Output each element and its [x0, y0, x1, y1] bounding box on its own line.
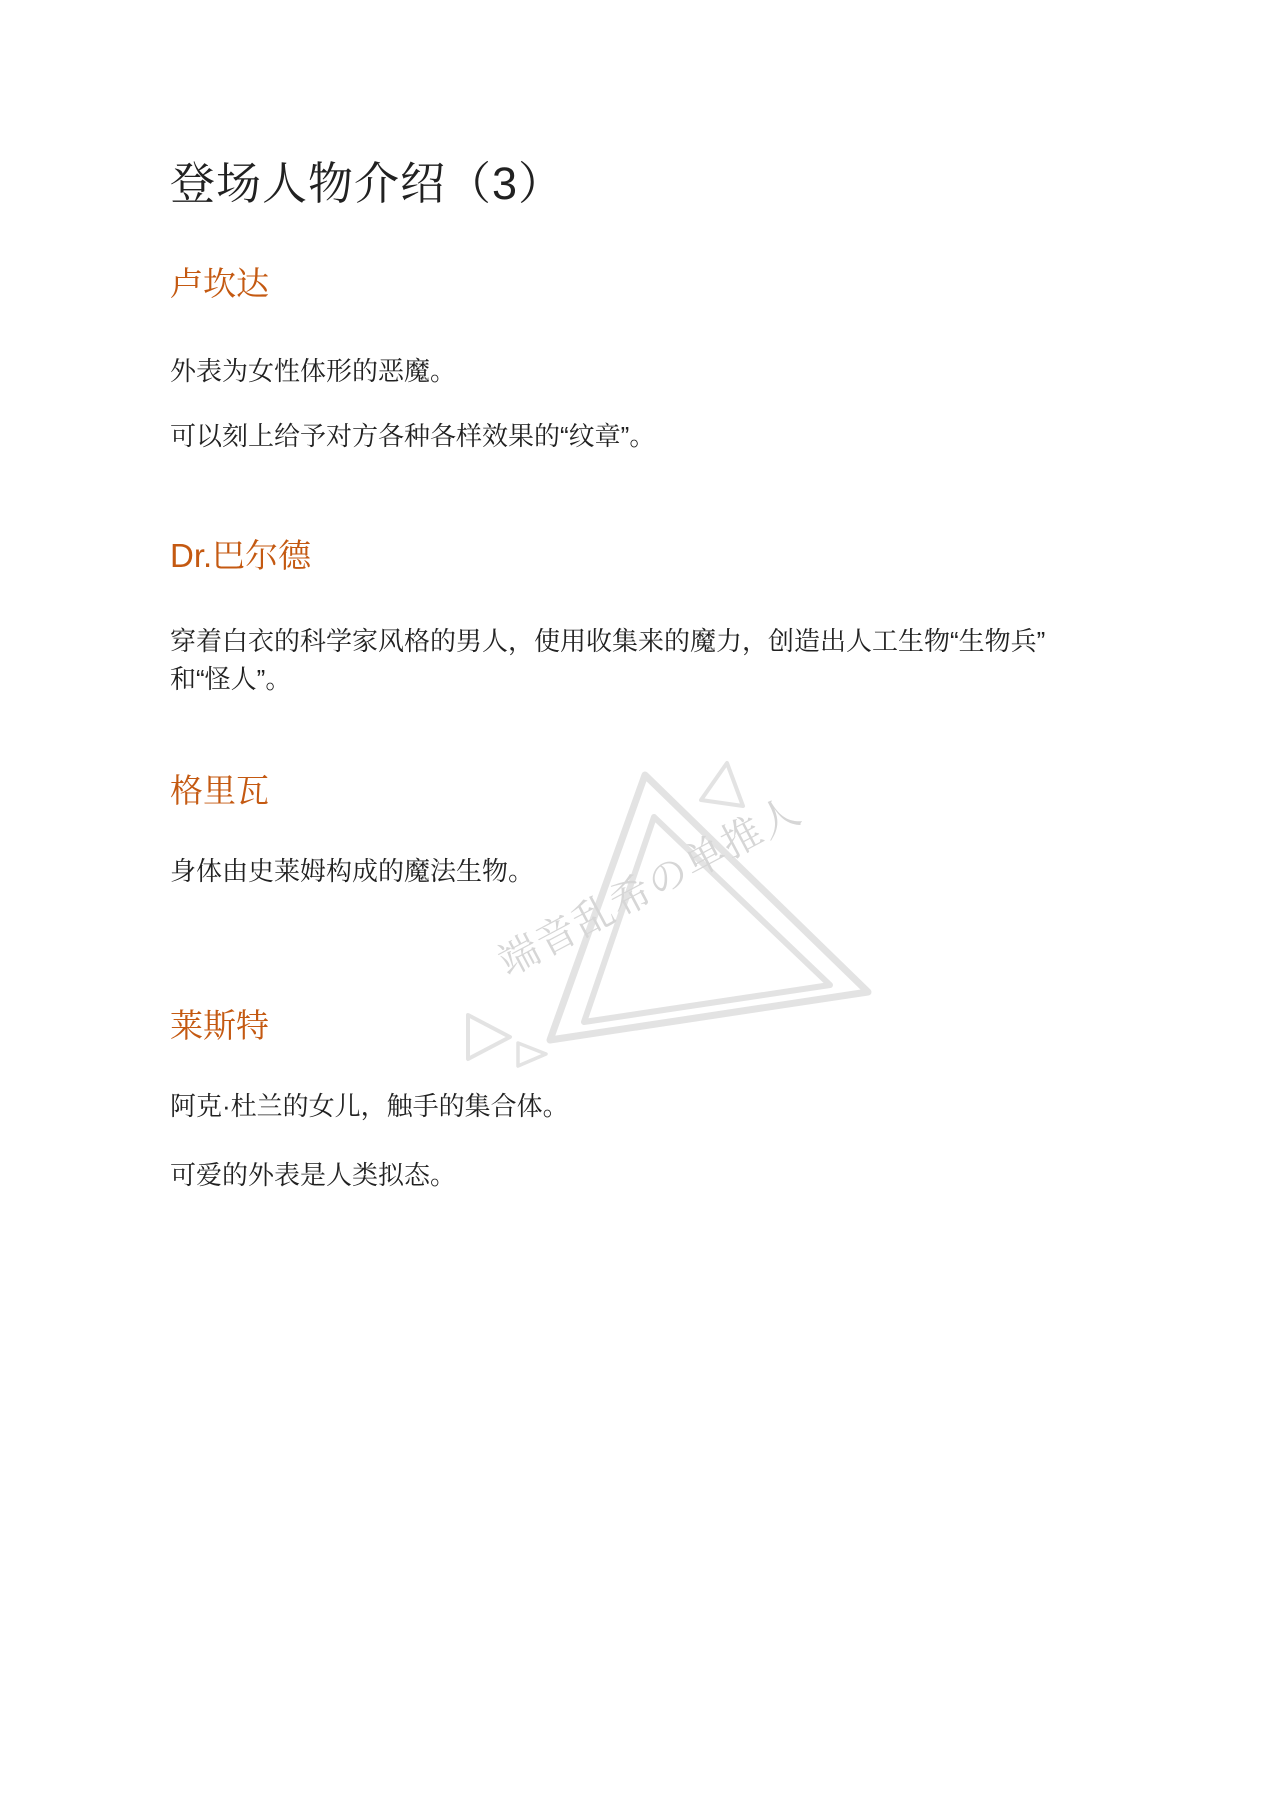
section-paragraph: 穿着白衣的科学家风格的男人，使用收集来的魔力，创造出人工生物“生物兵” 和“怪人… [170, 622, 1115, 698]
section-paragraph: 外表为女性体形的恶魔。 [170, 352, 1115, 390]
section-heading-laisite: 莱斯特 [170, 1005, 269, 1047]
watermark-large-triangle-icon [550, 775, 868, 1040]
watermark-small-triangle-icon [468, 1015, 510, 1059]
watermark-small-triangle-icon [701, 763, 743, 806]
section-paragraph: 可爱的外表是人类拟态。 [170, 1156, 1115, 1194]
watermark-small-triangle-icon [518, 1043, 546, 1066]
page-title: 登场人物介绍（3） [170, 157, 564, 211]
section-heading-geliwa: 格里瓦 [170, 770, 269, 812]
document-page: 端音乱希の单推人 登场人物介绍（3） 卢坎达 外表为女性体形的恶魔。 可以刻上给… [0, 0, 1280, 1810]
watermark: 端音乱希の单推人 [400, 745, 880, 1090]
section-paragraph: 阿克·杜兰的女儿，触手的集合体。 [170, 1087, 1115, 1125]
section-heading-lukanda: 卢坎达 [170, 263, 269, 305]
section-heading-dr-balde: Dr.巴尔德 [170, 535, 311, 577]
section-paragraph: 可以刻上给予对方各种各样效果的“纹章”。 [170, 417, 1115, 455]
watermark-inner-triangle-icon [584, 817, 830, 1022]
section-paragraph: 身体由史莱姆构成的魔法生物。 [170, 852, 1115, 890]
